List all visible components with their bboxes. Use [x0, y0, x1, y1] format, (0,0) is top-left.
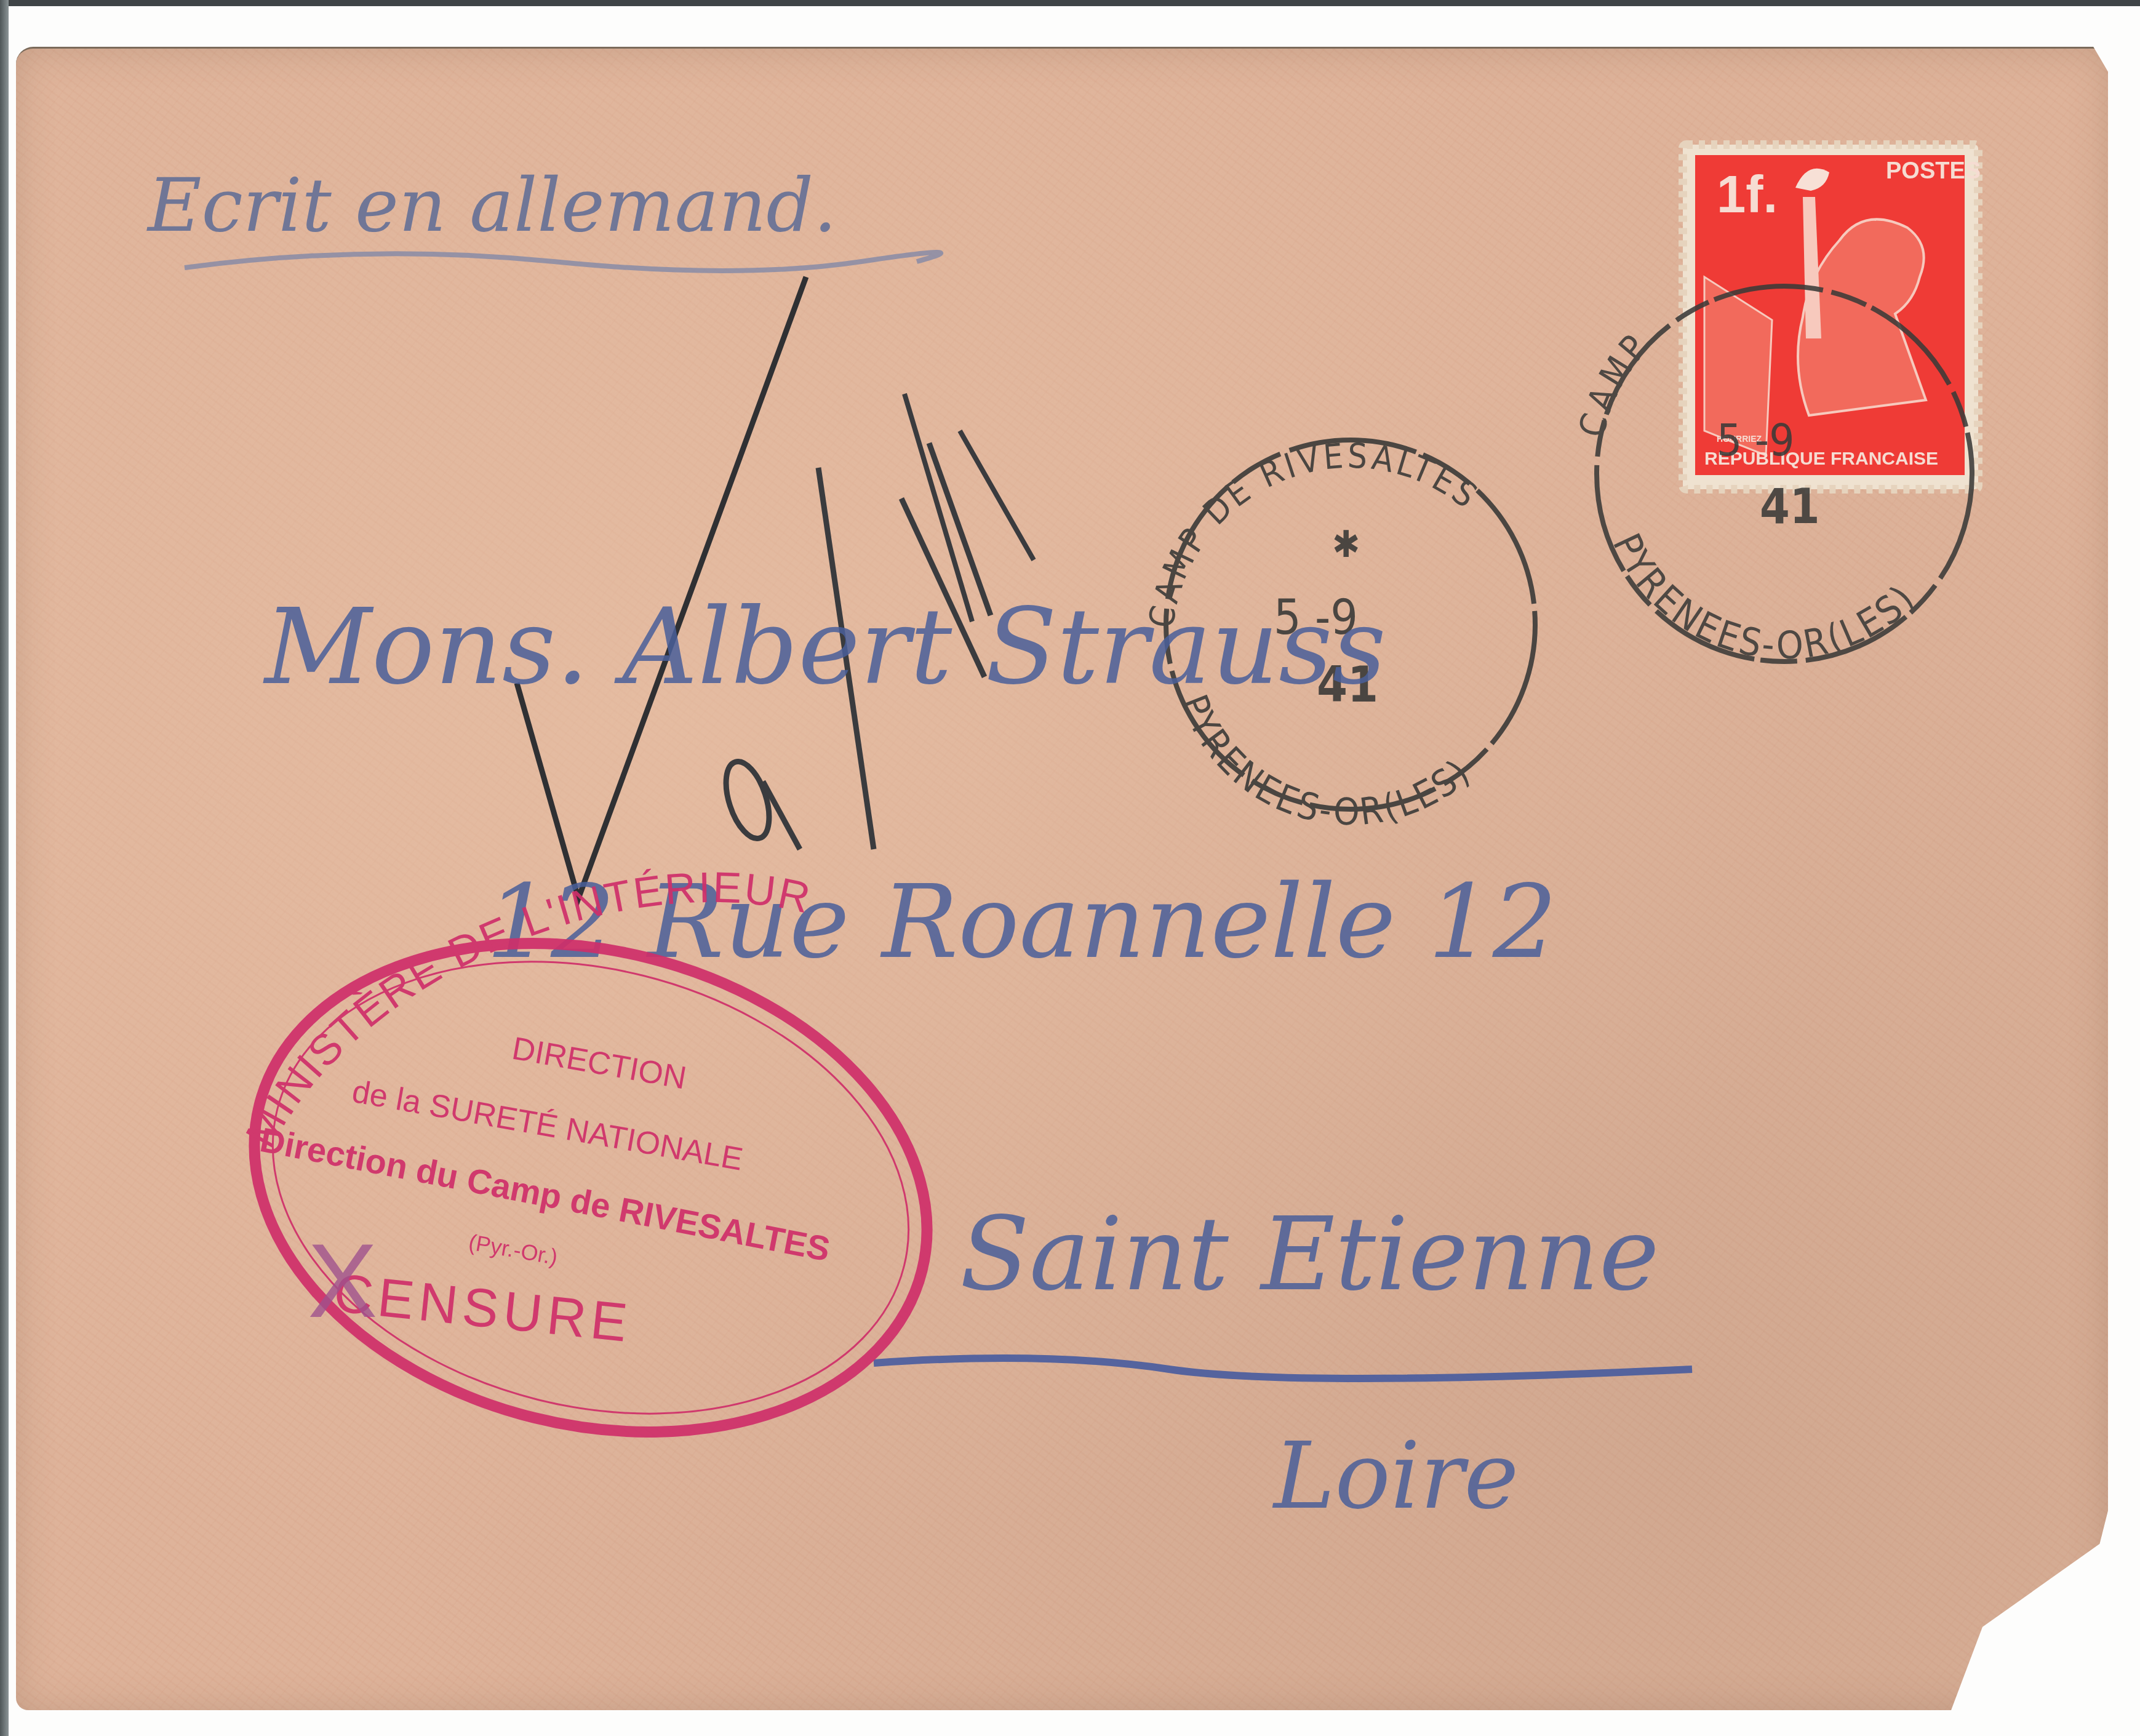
- annotation-text: Ecrit en allemand.: [146, 163, 837, 249]
- annotation-ecrit-en-allemand: Ecrit en allemand.: [146, 163, 941, 271]
- recipient-address: Mons. Albert Strauss 12 Rue Roannelle 12…: [263, 586, 1692, 1530]
- postmark-star-icon: ✱: [1332, 523, 1360, 566]
- svg-text:41: 41: [1760, 479, 1820, 535]
- svg-text:CAMP: CAMP: [1570, 324, 1657, 441]
- envelope-markings: Ecrit en allemand. 1f. POSTES HOURRIEZ R…: [0, 0, 2140, 1736]
- stamp-value: 1f.: [1717, 166, 1778, 224]
- stamp-postes-label: POSTES: [1886, 158, 1981, 184]
- address-underline: [874, 1358, 1692, 1378]
- annotation-underline: [185, 252, 941, 271]
- censor-overstrike-x-icon: X: [308, 1223, 377, 1340]
- censor-line-direction: DIRECTION: [509, 1031, 689, 1097]
- svg-text:PYRENEES-OR(LES): PYRENEES-OR(LES): [1604, 527, 1925, 668]
- address-recipient: Mons. Albert Strauss: [263, 586, 1386, 708]
- address-city: Saint Etienne: [960, 1195, 1659, 1313]
- svg-text:5 -9: 5 -9: [1717, 414, 1794, 466]
- address-department: Loire: [1272, 1423, 1519, 1530]
- censor-line-dept: (Pyr.-Or.): [467, 1230, 560, 1270]
